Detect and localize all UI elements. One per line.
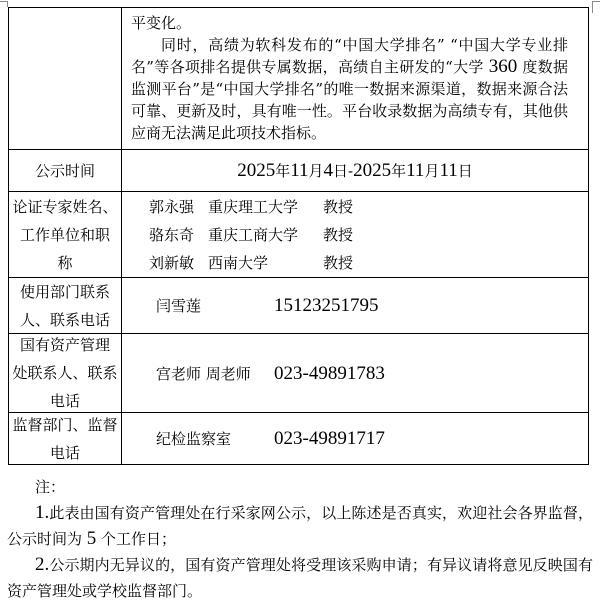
publicity-period-value: 2025 年 11 月 4 日-2025 年 11 月 11 日 — [122, 150, 588, 191]
publicity-period-label: 公示时间 — [9, 150, 122, 191]
contact-phone: 023-49891783 — [274, 364, 385, 383]
expert-title: 教授 — [323, 249, 353, 277]
expert-organization: 重庆工商大学 — [208, 221, 323, 249]
table-row-notice-continuation: 平变化。 同时，高绩为软科发布的“中国大学排名” “中国大学专业排名”等各项排名… — [9, 8, 588, 149]
document-page: 平变化。 同时，高绩为软科发布的“中国大学排名” “中国大学专业排名”等各项排名… — [0, 0, 600, 602]
table-row-user-dept-contact: 使用部门联系 人、联系电话 闫雪莲 15123251795 — [9, 277, 588, 333]
expert-organization: 重庆理工大学 — [208, 193, 323, 221]
table-row-supervision: 监督部门、监督 电话 纪检监察室 023-49891717 — [9, 412, 588, 464]
page-corner-mark-top-right-icon — [592, 1, 600, 13]
table-row-publicity-period: 公示时间 2025 年 11 月 4 日-2025 年 11 月 11 日 — [9, 149, 588, 191]
expert-name: 郭永强 — [149, 193, 208, 221]
note-item-2: 2.公示期内无异议的，国有资产管理处将受理该采购申请；有异议请将意见反映国有资产… — [7, 552, 593, 602]
contact-name: 宫老师 周老师 — [156, 363, 274, 384]
expert-entry: 郭永强 重庆理工大学 教授 — [149, 193, 588, 221]
asset-dept-contact-label: 国有资产管理 处联系人、联系 电话 — [9, 334, 122, 412]
table-row-experts: 论证专家姓名、 工作单位和职 称 郭永强 重庆理工大学 教授 骆东奇 重庆工商大… — [9, 191, 588, 277]
experts-list-cell: 郭永强 重庆理工大学 教授 骆东奇 重庆工商大学 教授 刘新敏 西南大学 教授 — [122, 192, 588, 277]
expert-organization: 西南大学 — [208, 249, 323, 277]
expert-entry: 骆东奇 重庆工商大学 教授 — [149, 221, 588, 249]
page-corner-mark-top-left-icon — [0, 1, 8, 7]
user-dept-contact-cell: 闫雪莲 15123251795 — [122, 278, 588, 333]
expert-name: 刘新敏 — [149, 249, 208, 277]
expert-name: 骆东奇 — [149, 221, 208, 249]
footnotes: 注： 1.此表由国有资产管理处在行采家网公示，以上陈述是否真实，欢迎社会各界监督… — [7, 474, 593, 602]
contact-phone: 15123251795 — [274, 296, 379, 315]
table-row-asset-dept-contact: 国有资产管理 处联系人、联系 电话 宫老师 周老师 023-49891783 — [9, 333, 588, 412]
notice-paragraph-body: 同时，高绩为软科发布的“中国大学排名” “中国大学专业排名”等各项排名提供专属数… — [131, 34, 568, 144]
note-item-1: 1.此表由国有资产管理处在行采家网公示，以上陈述是否真实，欢迎社会各界监督，公示… — [7, 500, 593, 552]
row-label-cell — [9, 8, 122, 149]
notes-heading: 注： — [7, 474, 593, 500]
notice-text-cell: 平变化。 同时，高绩为软科发布的“中国大学排名” “中国大学专业排名”等各项排名… — [122, 8, 588, 149]
contact-name: 闫雪莲 — [156, 295, 274, 316]
contact-phone: 023-49891717 — [274, 429, 385, 448]
expert-title: 教授 — [323, 221, 353, 249]
contact-name: 纪检监察室 — [156, 428, 274, 449]
notice-paragraph-tail: 平变化。 — [131, 12, 568, 34]
supervision-label: 监督部门、监督 电话 — [9, 413, 122, 464]
supervision-cell: 纪检监察室 023-49891717 — [122, 413, 588, 464]
publicity-table: 平变化。 同时，高绩为软科发布的“中国大学排名” “中国大学专业排名”等各项排名… — [8, 7, 589, 465]
expert-title: 教授 — [323, 193, 353, 221]
experts-label: 论证专家姓名、 工作单位和职 称 — [9, 192, 122, 277]
expert-entry: 刘新敏 西南大学 教授 — [149, 249, 588, 277]
user-dept-contact-label: 使用部门联系 人、联系电话 — [9, 278, 122, 333]
asset-dept-contact-cell: 宫老师 周老师 023-49891783 — [122, 334, 588, 412]
